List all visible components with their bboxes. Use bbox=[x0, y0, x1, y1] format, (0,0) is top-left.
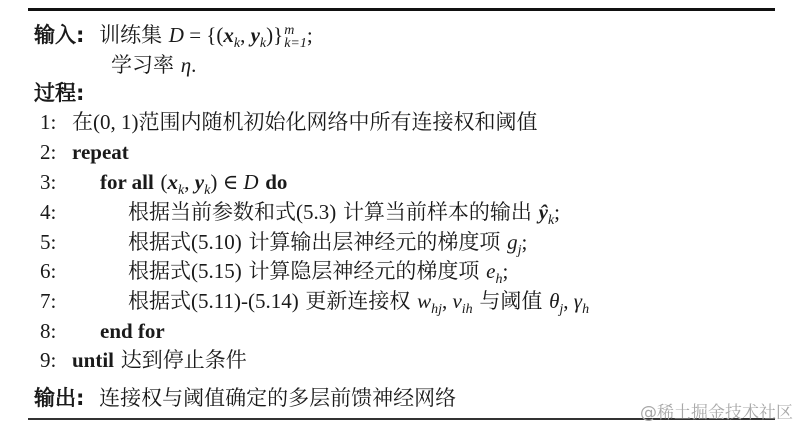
equation-ref: (5.3) bbox=[296, 200, 336, 224]
step-2: 2: repeat bbox=[0, 137, 806, 167]
keyword-for-all: for all bbox=[100, 170, 154, 194]
step-number: 1: bbox=[40, 107, 56, 137]
learning-rate-symbol: η bbox=[181, 53, 191, 77]
keyword-repeat: repeat bbox=[72, 137, 129, 167]
keyword-end-for: end for bbox=[100, 316, 165, 346]
step-6: 6: 根据式(5.15) 计算隐层神经元的梯度项 eh; bbox=[0, 256, 806, 286]
keyword-do: do bbox=[265, 170, 287, 194]
input-label: 输入: bbox=[34, 23, 84, 47]
keyword-until: until bbox=[72, 348, 114, 372]
process-label-line: 过程: bbox=[34, 78, 84, 108]
equation-ref: (5.15) bbox=[191, 259, 242, 283]
step-4: 4: 根据当前参数和式(5.3) 计算当前样本的输出 ŷk; bbox=[0, 197, 806, 227]
equation-ref: (5.11)-(5.14) bbox=[191, 289, 299, 313]
watermark: @稀土掘金技术社区 bbox=[640, 398, 793, 423]
input-set-name: D bbox=[169, 23, 184, 47]
equation-ref: (5.10) bbox=[191, 230, 242, 254]
input-training-set-text: 训练集 bbox=[99, 23, 162, 47]
step-9: 9: until 达到停止条件 bbox=[0, 345, 806, 375]
top-rule bbox=[28, 8, 775, 11]
step-8: 8: end for bbox=[0, 316, 806, 346]
output-text: 连接权与阈值确定的多层前馈神经网络 bbox=[99, 386, 456, 410]
input-line-1: 输入: 训练集 D = {(xk, yk)}mk=1; bbox=[34, 20, 313, 50]
step-1: 1: 在(0, 1)范围内随机初始化网络中所有连接权和阈值 bbox=[0, 107, 806, 137]
output-line: 输出: 连接权与阈值确定的多层前馈神经网络 bbox=[34, 383, 456, 413]
step-7: 7: 根据式(5.11)-(5.14) 更新连接权 whj, vih 与阈值 θ… bbox=[0, 286, 806, 316]
step-3: 3: for all (xk, yk) ∈ D do bbox=[0, 167, 806, 197]
input-line-2: 学习率 η. bbox=[111, 50, 196, 80]
output-label: 输出: bbox=[34, 386, 84, 410]
step-5: 5: 根据式(5.10) 计算输出层神经元的梯度项 gj; bbox=[0, 227, 806, 257]
process-label: 过程: bbox=[34, 81, 84, 105]
input-learning-rate-text: 学习率 bbox=[111, 53, 174, 77]
